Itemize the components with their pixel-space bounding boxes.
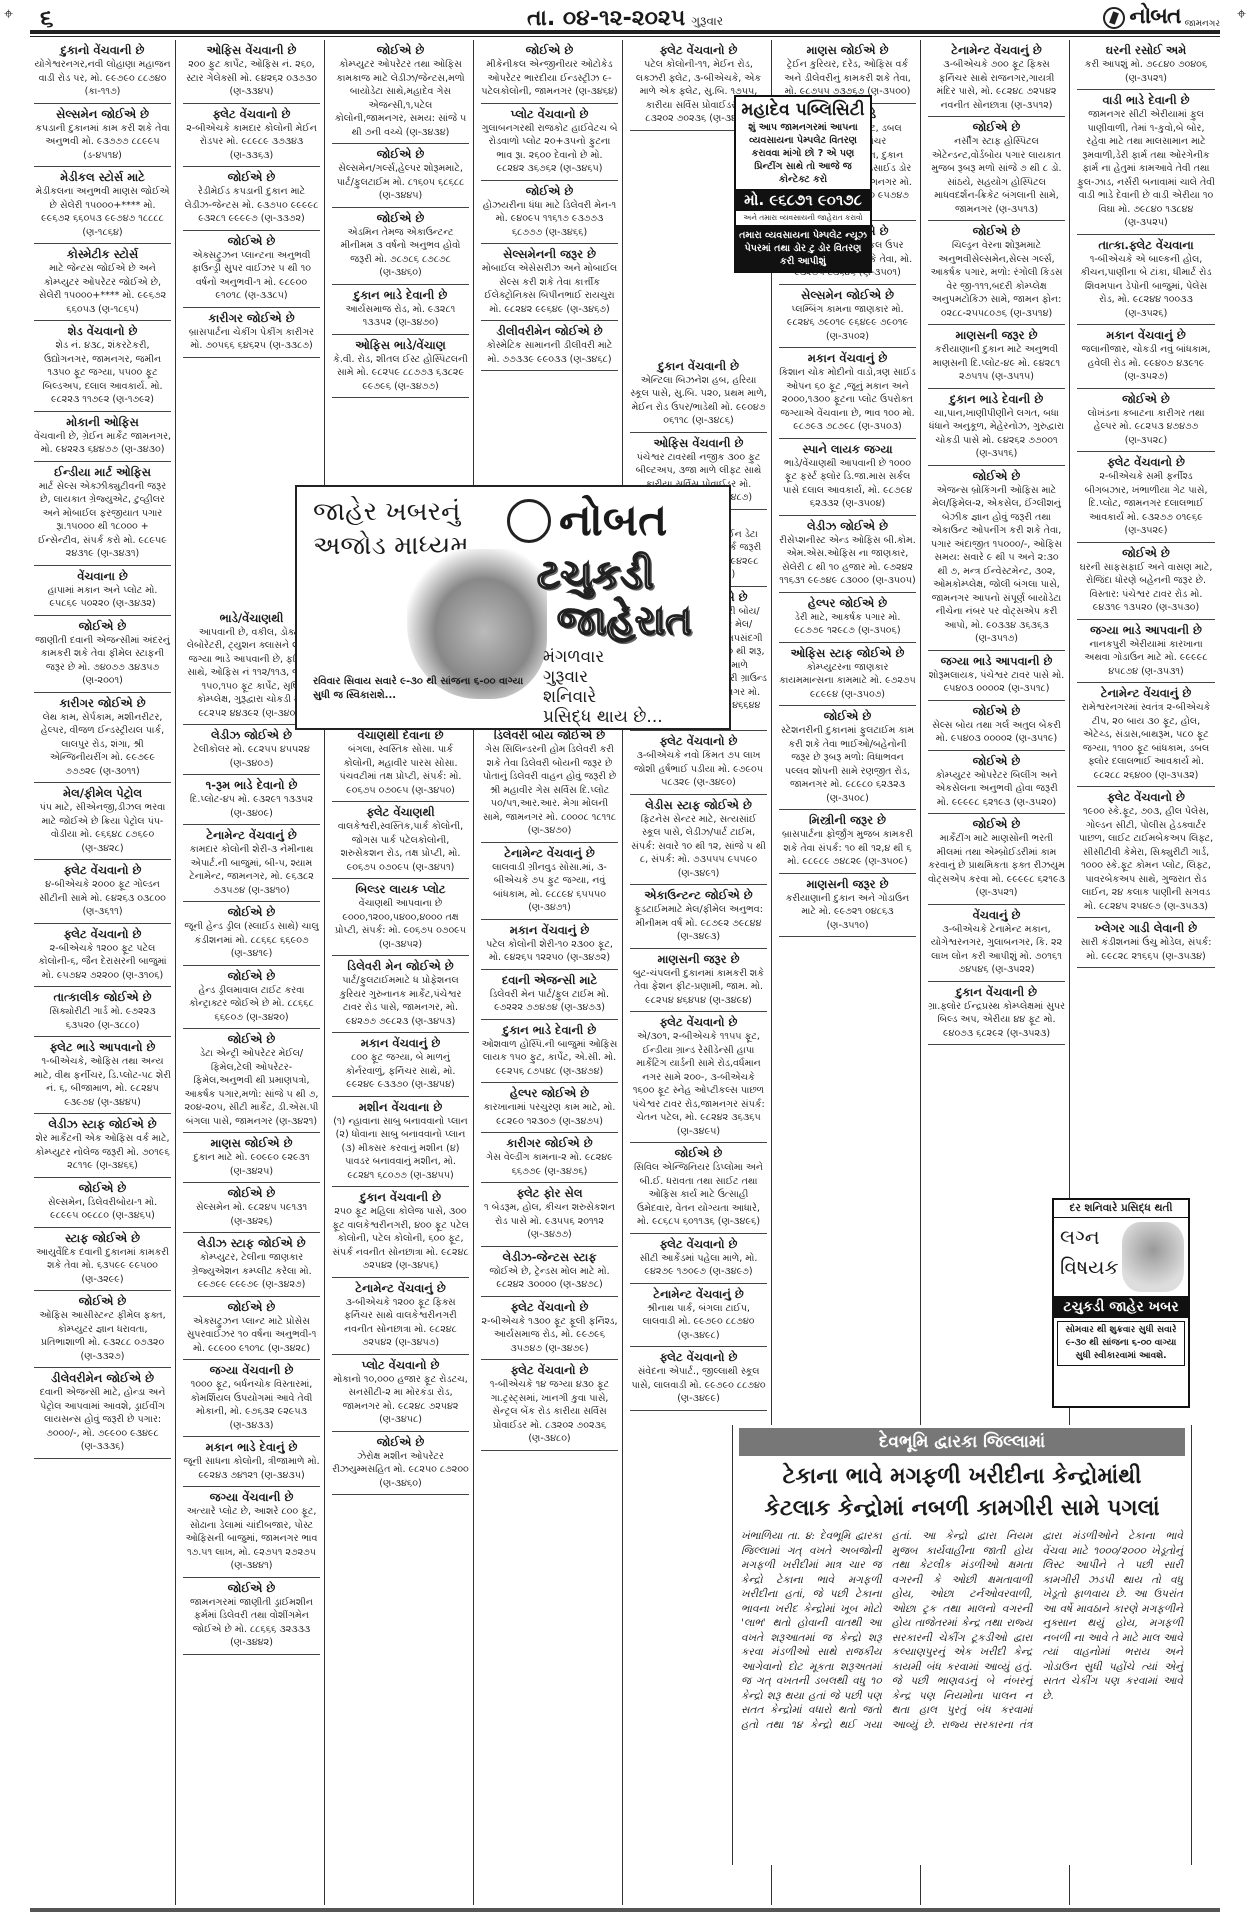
classified-column: ઓફિસ વેંચવાની છે૨૦૦ ફુટ કાર્પેટ, ઓફિસ નં… (179, 40, 325, 1905)
ad-heading: પ્લોટ વેંચવાનો છે (332, 1358, 469, 1373)
ad-body: ૧-બીએચકે ૧૪ જગ્યા ૪૩૦ ફૂટ ગા.ટ્રસ્ટ્સમાં… (481, 1378, 618, 1446)
ad-body: માર્ટ સેલ્સ એક્ઝીક્યુટીવની જરૂર છે, લાયક… (34, 480, 171, 561)
ad-body: પ્લમ્બિંગ કામના જાણકાર મો. ૯૮૨૪૬ ૭૯૦૧૯ ૯… (779, 303, 916, 344)
classified-ad: જોઈએ છેએડમિન તેમજ એકાઉન્ટન્ટ મીનીમમ ૩ વર… (332, 208, 469, 285)
ad-heading: કારીગર જોઈએ છે (481, 1136, 618, 1151)
ad-body: પાર્ટ/ફુલટાઈમમાટે ધ પ્રોફેશનલ કુરિયર ગુર… (332, 974, 469, 1028)
ad-heading: ખ્લેગર ગાડી લેવાની છે (1077, 921, 1215, 936)
banner-publish-days: મંગળવાર ગુરૂવાર શનિવારે પ્રસિદ્ધ થાય છે.… (543, 647, 663, 727)
ad-heading: ફ્લેટ ફોર સેલ (481, 1186, 618, 1201)
ad-heading: ફ્લેટ વેંચવાનો છે (1077, 455, 1215, 470)
classified-ad: કારીગર જોઈએ છેલેથ કામ, સેર્પકામ, મશીનરીટ… (34, 693, 171, 784)
classified-ad: જોઈએ છેહેન્ડ ડ્રીલમાવાલ ટાઈટ કરવા કોન્ટ્… (183, 966, 320, 1030)
logo-name: નોબત (1129, 4, 1180, 29)
classified-ad: જોઈએ છેકોમ્પ્યુટર ઓપરેટર તથા ઓફિસ કામકાજ… (332, 40, 469, 144)
ad-body: ૧૦૦૦ ફૂટ, બર્ધનચોક વિસ્તારમાં, કોમર્શિયલ… (183, 1378, 320, 1432)
ad-heading: લેડીઝ સ્ટાફ જોઈએ છે (183, 1236, 320, 1251)
ad-body: ગુલાબનગરથી રાજકોટ હાઈવેટચ બે રોડવાળો પ્લ… (481, 122, 618, 176)
tachukdi-jaherat-banner-ad: જાહેર ખબરનું અજોડ માધ્યમ નોબત ટચુકડી જાહ… (295, 485, 731, 730)
classified-ad: દુકાન વેંચવાની છેએન્ટિલા બિઝનેશ હબ, હરિય… (630, 356, 767, 433)
ad-heading: મશીન વેંચવાના છે (332, 1100, 469, 1115)
footer-rule (30, 1908, 1220, 1912)
ad-heading: વેંચવાનું છે (928, 908, 1065, 923)
headline-line1: ટેકાના ભાવે મગફળી ખરીદીના કેન્દ્રોમાંથી (737, 1461, 1187, 1493)
ad-body: ૨-બીએચકે ૧૩૦૦ ફૂટ ફૂલી ફર્નિશ્ડ, આર્યસમા… (481, 1315, 618, 1356)
ad-heading: ટેનામેન્ટ વેંચવાનું છે (481, 846, 618, 861)
ad-body: બ્રાસપાર્ટના ફોર્જીંગ મુજબ કામકરી શકે તે… (779, 828, 916, 869)
classified-ad: બિલ્ડર લાયક પ્લોટવેંચાણથી આપવાના છે ૯૦૦૦… (332, 879, 469, 956)
lagna-word: લગ્ન વિષયક (1060, 1222, 1119, 1282)
mahadev-title: મહાદેવ પબ્લિસિટી (736, 97, 870, 121)
ad-body: કારખાનામાં પરચુરણ કામ માટે, મો. ૯૮૨૯૦ ૧૨… (481, 1101, 618, 1128)
ad-heading: તાત્કાલીક જોઈએ છે (34, 990, 171, 1005)
classified-ad: જોઈએ છેસ્ટેશનરીની દુકાનમાં ફુલટાઈમ કામ ક… (779, 706, 916, 810)
ad-body: ૨૫૦ ફૂટ મહિલા કોલેજ પાસે, ૩૦૦ ફૂટ વાલકેશ… (332, 1205, 469, 1273)
ad-heading: જોઈએ છે (183, 1032, 320, 1047)
ad-heading: જોઈએ છે (928, 469, 1065, 484)
ad-body: જલાનીજાર, ચોકડી નવું બાંધકામ, હવેલી રોડ … (1077, 343, 1215, 384)
ad-heading: વેંચવાના છે (34, 569, 171, 584)
classified-ad: જોઈએ છેચિલ્ડ્રન વેરના શોરૂમમાટે અનુભવીસે… (928, 221, 1065, 325)
ad-body: જૂની હેન્ડ ડ્રીલ (સ્લાઈડ સાથે) ચાલુ કંડી… (183, 920, 320, 961)
classified-ad: માણસની જરૂર છેબુટ-ચંપલની દુકાનમાં કામકરી… (630, 949, 767, 1013)
ad-heading: દુકાન ભાડે દેવાની છે (928, 392, 1065, 407)
classified-column: જોઈએ છેમીકેનીકલ એન્જીનીયર ઓટોકેડ ઓપરેટર … (477, 40, 623, 1905)
ad-body: રેડીમેઈડ કપડાની દુકાન માટે લેડીઝ-જેન્ટસ … (183, 185, 320, 226)
ad-body: ડેરી માટે, આકર્ષક પગાર મો. ૯૮૭૭૯ ૧૨૯૮૭ (… (779, 611, 916, 638)
ad-body: એક્સટ્રુઝન પ્લાન્ટના અનુભવી ફાઉન્ડ્રી સુ… (183, 249, 320, 303)
ad-heading: ફ્લેટ વેંચવાનો છે (630, 1350, 767, 1365)
ad-heading: લેડીઝ જોઈએ છે (779, 519, 916, 534)
ad-body: ગ્રા.ફ્લોર ઈન્દ્રપ્રસ્થ કોમ્પ્લેક્ષમાં સ… (928, 1000, 1065, 1041)
ad-body: એ/૩૦૧, ૨-બીએચકે ૧૧૫૫ ફૂટ, ઈન્ડીયા ગ્રાન્… (630, 1030, 767, 1138)
ad-heading: દુકાન વેંચવાની છે (332, 1190, 469, 1205)
ad-body: પટેલ કોલોની શેરી-૧૦ ૨૩૦૦ ફૂટ, મો. ૯૪૨૬૫ … (481, 938, 618, 965)
ad-body: એજન્સ બ્રોકિંગની ઓફિસ માટે મેલ/ફિમેલ-૨, … (928, 484, 1065, 646)
ad-body: શેડ નં. ૪૩૮, શંકરટેકરી, ઉદ્યોગનગર, જામનગ… (34, 339, 171, 407)
classified-ad: મેડીકલ સ્ટોર્સ માટેમેડીકલના અનુભવી માણસ … (34, 167, 171, 244)
ad-heading: ફ્લેટ વેંચવાનો છે (34, 927, 171, 942)
classified-ad: જોઈએ છેસેલ્સ બોય તથા ગર્લ અતુલ બેકરી મો.… (928, 701, 1065, 751)
ad-body: કરીયાણાની દુકાન અને ગોડાઉન માટે મો. ૯૯૭૨… (779, 892, 916, 933)
classified-ad: મોકાની ઓફિસવેંચવાની છે, ગ્રેઈન માર્કેટ જ… (34, 412, 171, 462)
ad-heading: સેલ્સમેનની જરૂર છે (481, 247, 618, 262)
ad-heading: જોઈએ છે (34, 619, 171, 634)
ad-body: ચિલ્ડ્રન વેરના શોરૂમમાટે અનુભવીસેલ્સમેન,… (928, 239, 1065, 320)
ad-body: સંવેદના એપાર્ટ., જીલ્લાથી સ્કૂલ પાસે, લા… (630, 1365, 767, 1406)
classified-ad: જોઈએ છેનર્સીંગ સ્ટાફ હોસ્પિટલ એટેન્ડન્ટ,… (928, 117, 1065, 221)
ad-body: મીકેનીકલ એન્જીનીયર ઓટોકેડ ઓપરેટર ભારદીયા… (481, 58, 618, 99)
ad-body: માટે જેન્ટસ જોઈએ છે અને કોમ્પ્યુટર ઓપરેટ… (34, 262, 171, 316)
ad-heading: હેલ્પર જોઈએ છે (779, 596, 916, 611)
classified-ad: જગ્યા વેંચવાની છે૧૦૦૦ ફૂટ, બર્ધનચોક વિસ્… (183, 1360, 320, 1437)
classified-ad: જોઈએ છેડેટા એન્ટ્રી ઓપરેટર મેઈલ/ફિમેલ,ટે… (183, 1029, 320, 1133)
classified-ad: ટેનામેન્ટ વેંચવાનું છેકામદાર કોલોની શેરી… (183, 825, 320, 902)
ad-body: સીટી આર્કેડમાં પહેલા માળે, મો. ૯૪૨૭૯ ૧૭૦… (630, 1252, 767, 1279)
classified-ad: મકાન વેંચવાનું છેજલાનીજાર, ચોકડી નવું બા… (1077, 325, 1215, 389)
classified-ad: ડીલેવરીમેન જોઈએ છેદવાની એજન્સી માટે, હોન… (34, 1368, 171, 1459)
classified-ad: ઓફિસ વેંચવાની છે૨૦૦ ફુટ કાર્પેટ, ઓફિસ નં… (183, 40, 320, 104)
classified-ad: લેડીઝ-જેન્ટસ સ્ટાફજોઈએ છે, ટ્રેન્ડસ મોલ … (481, 1247, 618, 1297)
banner-brand: નોબત (507, 495, 667, 546)
classified-column: જોઈએ છેકોમ્પ્યુટર ઓપરેટર તથા ઓફિસ કામકાજ… (328, 40, 474, 1905)
classified-ad: દુકાન ભાડે દેવાની છેચા,પાન,ખાણીપીણીને લગ… (928, 389, 1065, 466)
classified-ad: લેડીઝ સ્ટાફ જોઈએ છેશેર માર્કેટની એક ઓફિસ… (34, 1114, 171, 1178)
ad-body: કામદાર કોલોની શેરી-૩ નેમીનાથ એપાર્ટ.ની બ… (183, 843, 320, 897)
ad-body: આર્યસમાજ રોડ, મો. ૯૩૨૮૧ ૧૩૩૫૨ (ણ-૩૪૭૦) (332, 303, 469, 330)
ad-heading: જોઈએ છે (34, 1181, 171, 1196)
ad-body: શ્રીનાથ પાર્ક, બંગલા ટાઈપ, લાલવાડી મો. ૯… (630, 1302, 767, 1343)
classified-ad: હેલ્પર જોઈએ છેકારખાનામાં પરચુરણ કામ માટે… (481, 1083, 618, 1133)
classified-ad: ફ્લેટ વેંચવાનો છે૩-બીએચકે નવો કિંમત ૭૫ લ… (630, 731, 767, 795)
ad-body: મેડીકલના અનુભવી માણસ જોઈએ છે સેલેરી ૧૫૦૦… (34, 185, 171, 239)
ad-body: જૂની સાધના કોલોની, ત્રીજામાળે મો. ૯૯૨૪૩ … (183, 1455, 320, 1482)
dateline: તા. ૦૪-૧૨-૨૦૨૫ગુરૂવાર (30, 6, 1220, 31)
classified-ad: ટેનામેન્ટ વેંચવાનું છેશ્રીનાથ પાર્ક, બંગ… (630, 1284, 767, 1348)
classified-ad: જોઈએ છેઝેરોક્ષ મશીન ઓપરેટર રીઝયુમ્મસહિત … (332, 1432, 469, 1496)
ad-body: કોમ્પ્યુટરના જાણકાર કાયમમાન્સના કામમાટે … (779, 661, 916, 702)
ad-heading: ફ્લેટ વેંચવાનો છે (481, 1300, 618, 1315)
ad-heading: હેલ્પર જોઈએ છે (481, 1086, 618, 1101)
ad-body: ૩-બીએચકે નવો કિંમત ૭૫ લાખ જોશી હર્ષભાઈ પ… (630, 749, 767, 790)
ad-body: ૨૦૦ ફુટ કાર્પેટ, ઓફિસ નં. ૨૬૦, સ્ટાર ગેલ… (183, 58, 320, 99)
ad-heading: જોઈએ છે (183, 1186, 320, 1201)
ad-heading: એકાઉન્ટન્ટ જોઈએ છે (630, 888, 767, 903)
ad-heading: વેંચાણથી દેવાના છે (332, 728, 469, 743)
classified-ad: કોસ્મેટીક સ્ટોર્સમાટે જેન્ટસ જોઈએ છે અને… (34, 244, 171, 321)
lagna-band: ટચુકડી જાહેર ખબર (1054, 1296, 1188, 1318)
ad-heading: ઈન્ડીયા માર્ટ ઓફિસ (34, 465, 171, 480)
ad-heading: કારીગર જોઈએ છે (34, 696, 171, 711)
ad-heading: ડિલેવરી બોય જોઈએ છે (481, 728, 618, 743)
ad-body: શોરૂમલાયક, પંચેશ્વર ટાવર પાસે મો. ૯૫૪૦૩ … (928, 669, 1065, 696)
drummer-logo-icon (1103, 7, 1125, 29)
ad-body: અત્યારે પ્લોટ છે, આશરે ૮૦૦ ફૂટ, સોઢાના ડ… (183, 1505, 320, 1573)
classified-ad: જોઈએ છેએક્સટ્રુઝન પ્લાન્ટ માટે પ્રોસેસ સ… (183, 1297, 320, 1361)
ad-body: ૨-બીએચકે કામદાર કોલોની મેઈન રોડપર મો. ૯૮… (183, 122, 320, 163)
ad-heading: ફ્લેટ વેંચવાનો છે (34, 863, 171, 878)
ad-heading: મેડીકલ સ્ટોર્સ માટે (34, 170, 171, 185)
issue-day: ગુરૂવાર (691, 14, 723, 28)
banner-title: ટચુકડી જાહેરાત (537, 552, 692, 644)
ad-body: રામેશ્વરનગરમાં સ્વતંત્ર ૨-બીએચકે ટીપ, ૨૦… (1077, 701, 1215, 782)
ad-heading: લેડીઝ-જેન્ટસ સ્ટાફ (481, 1250, 618, 1265)
mahadev-note: અને તમારા વ્યવસાયની જાહેરાત કરાવો (736, 211, 870, 226)
classified-ad: ડિલેવરી બોય જોઈએ છેગેસ સિલિન્ડરની હોમ ડિ… (481, 725, 618, 843)
ad-heading: મોકાની ઓફિસ (34, 415, 171, 430)
ad-heading: ટેનામેન્ટ વેંચવાનું છે (630, 1287, 767, 1302)
ad-heading: જોઈએ છે (183, 170, 320, 185)
ad-body: પંપ માટે, સીએનજી,ડીઝલ ભરવા માટે જોઈએ છે … (34, 801, 171, 855)
ad-heading: દુકાનો વેંચવાની છે (34, 43, 171, 58)
page-header: ૬ તા. ૦૪-૧૨-૨૦૨૫ગુરૂવાર નોબત જામનગર (30, 4, 1220, 32)
ad-body: ડિલેવરી મેન પાર્ટ/ફુલ ટાઈમ મો. ૯૭૨૨૨ ૭૭૪… (481, 988, 618, 1015)
classified-ad: ઓફિસ ભાડે/વેંચાણકે.વી. રોડ, શીતલ ઈસ્ટ હો… (332, 335, 469, 399)
ad-body: લેથ કામ, સેર્પકામ, મશીનરીટર, હેલ્પર, વીજ… (34, 711, 171, 779)
lagna-vishayak-ad: દર શનિવારે પ્રસિદ્ધ થતી લગ્ન વિષયક ટચુકડ… (1052, 1198, 1190, 1408)
lagna-hours: સોમવાર થી શુક્રવાર સુધી સવારે ૯-૩૦ થી સા… (1057, 1321, 1185, 1366)
ad-body: સારી કંડીશનમાં ઉંચુ મોડેલ, સંપર્ક: મો. ૯… (1077, 936, 1215, 963)
classified-ad: દુકાન ભાડે દેવાની છેઓશવાળ હોસ્પિ.ની બાજુ… (481, 1020, 618, 1084)
ad-heading: બિલ્ડર લાયક પ્લોટ (332, 882, 469, 897)
classified-ad: માણસ જોઈએ છેદુકાન માટે મો. ૯૦૯૯૦ ૯૨૯૩૧ (… (183, 1133, 320, 1183)
classified-ad: જોઈએ છેલોખંડના કબાટના કારીગર તથા હેલ્પર … (1077, 389, 1215, 453)
ad-heading: જોઈએ છે (928, 754, 1065, 769)
classified-ad: જગ્યા ભાડે આપવાની છેનાનકપુરી એરીયામાં કા… (1077, 620, 1215, 684)
classified-ad: ટેનામેન્ટ વેંચવાનું છે૩-બીએચકે ૧૨૦૦ ફૂટ … (332, 1278, 469, 1355)
ad-heading: જોઈએ છે (183, 234, 320, 249)
ad-body: ફિટનેસ સેન્ટર માટે, સત્યસાંઈ સ્કૂલ પાસે,… (630, 813, 767, 881)
ad-body: માર્કેટીંગ માટે માણસોની ભરતી મીલમાં તથા … (928, 832, 1065, 900)
classified-ad: દુકાનો વેંચવાની છેયોગેશ્વરનગર,નવી લોહાણા… (34, 40, 171, 104)
ad-heading: ડિલેવરી મેન જોઈએ છે (332, 959, 469, 974)
classified-ad: વાડી ભાડે દેવાની છેજામનગર સીટી એરીયામાં … (1077, 90, 1215, 235)
drummer-logo-icon (507, 499, 551, 543)
ad-body: ડેટા એન્ટ્રી ઓપરેટર મેઈલ/ફિમેલ,ટેલી ઓપરે… (183, 1047, 320, 1128)
day-thursday: ગુરૂવાર (543, 667, 663, 687)
classified-ad: વેંચવાના છેહાપામાં મકાન અને પ્લોટ મો. ૯૫… (34, 566, 171, 616)
ad-heading: જોઈએ છે (481, 184, 618, 199)
ad-heading: જોઈએ છે (1077, 546, 1215, 561)
ad-body: ઓફિસ આસીસ્ટન્ટ ફીમેલ ફક્ત, કોમ્પ્યુટર જ્… (34, 1309, 171, 1363)
ad-body: લોખંડના કબાટના કારીગર તથા હેલ્પર મો. ૯૮૨… (1077, 407, 1215, 448)
ad-heading: મકાન વેંચવાનું છે (1077, 328, 1215, 343)
ad-body: કિશાન ચોક મોદીનો વાડો,ત્રણ સાઈડ ઓપન ૬૦ ફ… (779, 366, 916, 434)
ad-body: બુટ-ચંપલની દુકાનમાં કામકરી શકે તેવા ફેશન… (630, 967, 767, 1008)
classified-ad: મેલ/ફીમેલ પેટ્રોલપંપ માટે, સીએનજી,ડીઝલ ભ… (34, 783, 171, 860)
ad-heading: ઓફિસ વેંચવાની છે (183, 43, 320, 58)
classified-ad: ફ્લેટ વેંચવાનો છેસીટી આર્કેડમાં પહેલા મા… (630, 1234, 767, 1284)
ad-heading: લેડીસ સ્ટાફ જોઈએ છે (630, 798, 767, 813)
classified-ad: દુકાન વેંચવાની છેગ્રા.ફ્લોર ઈન્દ્રપ્રસ્થ… (928, 982, 1065, 1046)
logo-city: જામનગર (1185, 19, 1220, 29)
classified-ad: ફ્લેટ વેંચવાનો છે૧-બીએચકે ૧૪ જગ્યા ૪૩૦ ફ… (481, 1360, 618, 1451)
ad-body: શેર માર્કેટની એક ઓફિસ વર્ક માટે, કોમ્પ્ય… (34, 1132, 171, 1173)
classified-ad: માણસની જરૂર છેકરીયાણાની દુકાન માટે અનુભવ… (928, 325, 1065, 389)
classified-ad: સેલ્સમેન જોઈએ છેપ્લમ્બિંગ કામના જાણકાર મ… (779, 285, 916, 349)
classified-ad: તાત્કાલીક જોઈએ છેસિક્યોરીટી ગાર્ડ મો. ૯૭… (34, 987, 171, 1037)
ad-body: મોબાઈલ એસેસરીઝ અને મોબાઈલ સેલ્સ કરી શકે … (481, 262, 618, 316)
ad-body: કોમ્પ્યુટર, ટેલીના જાણકાર ગ્રેજ્યુએશન કમ… (183, 1251, 320, 1292)
classified-ad: પ્લોટ વેંચવાનો છેમોકાનો ૧૦,૦૦૦ હજાર ફૂટ … (332, 1355, 469, 1432)
ad-body: જાણીતી દવાની એજન્સીમાં અંદરનું કામકરી શક… (34, 634, 171, 688)
classified-ad: લેડીઝ જોઈએ છેરીસેપ્શનીસ્ટ એન્ડ ઓફિસ બી.ક… (779, 516, 916, 593)
ad-heading: દુકાન ભાડે દેવાની છે (332, 288, 469, 303)
classified-ad: જગ્યા ભાડે આપવાની છેશોરૂમલાયક, પંચેશ્વર … (928, 651, 1065, 701)
ad-body: વેંચાણથી આપવાના છે ૯૦૦૦,૧૨૦૦,૫૪૦૦,૪૦૦૦ ત… (332, 897, 469, 951)
ad-heading: માણસની જરૂર છે (928, 328, 1065, 343)
ad-heading: ટેનામેન્ટ વેંચવાનું છે (332, 1281, 469, 1296)
classified-ad: જોઈએ છેએજન્સ બ્રોકિંગની ઓફિસ માટે મેલ/ફિ… (928, 466, 1065, 651)
classified-ad: જોઈએ છેસેલ્સમેન/ગર્લ્સ,હેલ્પર શોરૂમમાટે,… (332, 144, 469, 208)
ad-body: (૧) ન્હાવાના સાબુ બનાવવાનો પ્લાન (૨) ધોવ… (332, 1115, 469, 1183)
classified-ad: કારીગર જોઈએ છેબ્રાસપાર્ટના ચેકીંગ પેકીંગ… (183, 308, 320, 358)
classified-ad: મિસ્ત્રીની જરૂર છેબ્રાસપાર્ટના ફોર્જીંગ … (779, 810, 916, 874)
day-tuesday: મંગળવાર (543, 647, 663, 667)
banner-title-line1: ટચુકડી (537, 552, 692, 598)
ad-heading: ઘરની રસોઈ અમે (1077, 43, 1215, 58)
classified-ad: મશીન વેંચવાના છે(૧) ન્હાવાના સાબુ બનાવવા… (332, 1097, 469, 1188)
ad-body: ટેલીકોલર મો. ૯૮૨૫૫ ૪૫૫૨૪ (ણ-૩૪૦૭) (183, 743, 320, 770)
ad-heading: જોઈએ છે (779, 709, 916, 724)
ad-heading: જોઈએ છે (928, 817, 1065, 832)
ad-body: હેન્ડ ડ્રીલમાવાલ ટાઈટ કરવા કોન્ટ્રાક્ટર … (183, 984, 320, 1025)
classified-ad: ટેનામેન્ટ વેંચવાનું છેલાલવાડી ગ્રીનવુડ સ… (481, 843, 618, 920)
ad-body: ૩-બીએચકે ૭૦૦ ફૂટ ફિક્સ ફર્નિચર સાથે રાજન… (928, 58, 1065, 112)
ad-heading: વાડી ભાડે દેવાની છે (1077, 93, 1215, 108)
classified-ad: લેડીસ સ્ટાફ જોઈએ છેફિટનેસ સેન્ટર માટે, સ… (630, 795, 767, 886)
classified-ad: દુકાન ભાડે દેવાની છેઆર્યસમાજ રોડ, મો. ૯૩… (332, 285, 469, 335)
classified-ad: ટેનામેન્ટ વેંચવાનું છેરામેશ્વરનગરમાં સ્વ… (1077, 683, 1215, 787)
classified-ad: લેડીઝ જોઈએ છેટેલીકોલર મો. ૯૮૨૫૫ ૪૫૫૨૪ (ણ… (183, 725, 320, 775)
ad-heading: મેલ/ફીમેલ પેટ્રોલ (34, 786, 171, 801)
ad-heading: સ્ટાફ જોઈએ છે (34, 1231, 171, 1246)
ad-body: યોગેશ્વરનગર,નવી લોહાણા મહાજન વાડી રોડ પર… (34, 58, 171, 99)
registration-mark-icon: ⌖ (1237, 4, 1246, 24)
ad-body: સેલ્સમેન મો. ૯૮૨૪૫ ૫૯૧૩૧ (ણ-૩૪૨૬) (183, 1201, 320, 1228)
classified-ad: જોઈએ છેકોમ્પ્યુટર ઓપરેટર બિલીંગ અને એકસે… (928, 751, 1065, 815)
classified-ad: જોઈએ છેએક્સટ્રુઝન પ્લાન્ટના અનુભવી ફાઉન્… (183, 231, 320, 308)
ad-heading: જોઈએ છે (332, 147, 469, 162)
ad-body: કોમ્પ્યુટર ઓપરેટર બિલીંગ અને એકસેલના અનુ… (928, 769, 1065, 810)
ad-body: નાનકપુરી એરીયામાં કારખાના અથવા ગોડાઉન મા… (1077, 638, 1215, 679)
mahadev-body: શું આપ જામનગરમાં આપના વ્યવસાયના પેમ્પલેટ… (736, 121, 870, 189)
mahadev-publicity-ad: મહાદેવ પબ્લિસિટી શું આપ જામનગરમાં આપના વ… (734, 95, 872, 273)
ad-body: સ્ટેશનરીની દુકાનમાં ફુલટાઈમ કામ કરી શકે … (779, 724, 916, 805)
ad-heading: જોઈએ છે (630, 1146, 767, 1161)
ad-body: ટ્રેઈન કુરિયર, દરેડ, ઓફિસ વર્ક અને ડીલેવ… (779, 58, 916, 99)
ad-body: ૧૯૦૦ સ્કે.ફૂટ, ૭૦૩, હીલ પેલેસ, ગોલ્ડન સી… (1077, 805, 1215, 913)
ad-heading: જોઈએ છે (183, 1581, 320, 1596)
classified-ad: મકાન ભાડે દેવાનું છેજૂની સાધના કોલોની, ત… (183, 1437, 320, 1487)
classified-ad: જોઈએ છેસિવિલ એન્જિનિયર ડિપ્લોમા અને બી.ઈ… (630, 1143, 767, 1234)
ad-body: ઓશવાળ હોસ્પિ.ની બાજુમાં ઓફિસ લાયક ૧૫૦ ફુ… (481, 1038, 618, 1079)
ad-heading: પ્લોટ વેંચવાનો છે (481, 107, 618, 122)
ad-body: આયુર્વેદિક દવાની દુકાનમાં કામકરી શકે તેવ… (34, 1246, 171, 1287)
ad-heading: દવાની એજન્સી માટે (481, 973, 618, 988)
classified-ad: શેડ વેંચવાનો છેશેડ નં. ૪૩૮, શંકરટેકરી, ઉ… (34, 321, 171, 412)
ad-heading: ઓફિસ વેંચવાની છે (630, 436, 767, 451)
ad-heading: ઓફિસ ભાડે/વેંચાણ (332, 338, 469, 353)
ad-heading: સ્પાને લાયક જગ્યા (779, 442, 916, 457)
ad-heading: જગ્યા ભાડે આપવાની છે (1077, 623, 1215, 638)
ad-heading: ટેનામેન્ટ વેંચવાનું છે (928, 43, 1065, 58)
ad-heading: સેલ્સમેન જોઈએ છે (34, 107, 171, 122)
ad-heading: દુકાન વેંચવાની છે (630, 359, 767, 374)
masthead-logo: નોબત જામનગર (1103, 4, 1220, 29)
classified-ad: વેંચાણથી દેવાના છેબંગલા, સ્વસ્તિક સોસા. … (332, 725, 469, 802)
classified-ad: જોઈએ છેસેલ્સમેન, ડિલેવરીબોય-૧ મો. ૯૮૯૯૫ … (34, 1178, 171, 1228)
classified-ad: સ્ટાફ જોઈએ છેઆયુર્વેદિક દવાની દુકાનમાં ક… (34, 1228, 171, 1292)
ad-heading: ૧-રૂમ ભાડે દેવાનો છે (183, 778, 320, 793)
classified-ad: ફ્લેટ વેંચવાનો છે૨-બીએચકે ૧૩૦૦ ફૂટ ફૂલી … (481, 1297, 618, 1361)
news-kicker: દેવભૂમિ દ્વારકા જિલ્લામાં (739, 1428, 1185, 1456)
classified-ad: જગ્યા વેંચવાની છેઅત્યારે પ્લોટ છે, આશરે … (183, 1487, 320, 1578)
classified-ad: ઈન્ડીયા માર્ટ ઓફિસમાર્ટ સેલ્સ એક્ઝીક્યુટ… (34, 462, 171, 566)
ad-body: જોઈએ છે, ટ્રેન્ડસ મોલ માટે મો. ૯૮૨૪૨ ૩૦૦… (481, 1265, 618, 1292)
banner-title-line2: જાહેરાત (557, 598, 692, 644)
ad-heading: ટેનામેન્ટ વેંચવાનું છે (1077, 686, 1215, 701)
ad-heading: ડીલીવરીમેન જોઈએ છે (481, 324, 618, 339)
news-article: દેવભૂમિ દ્વારકા જિલ્લામાં ટેકાના ભાવે મગ… (732, 1425, 1192, 1865)
ad-heading: જગ્યા ભાડે આપવાની છે (928, 654, 1065, 669)
classified-ad: સેલ્સમેન જોઈએ છેકપડાની દુકાનમાં કામ કરી … (34, 104, 171, 168)
classified-ad: મકાન વેંચવાનું છેકિશાન ચોક મોદીનો વાડો,ત… (779, 348, 916, 439)
header-rule-thin (30, 36, 1220, 37)
classified-ad: જોઈએ છેરેડીમેઈડ કપડાની દુકાન માટે લેડીઝ-… (183, 167, 320, 231)
ad-body: દવાની એજન્સી માટે, હોન્ડા અને પેટ્રોલ આપ… (34, 1386, 171, 1454)
ad-heading: તાત્કા.ફ્લેટ વેંચવાના (1077, 238, 1215, 253)
ad-heading: જોઈએ છે (1077, 392, 1215, 407)
classified-ad: જોઈએ છેજૂની હેન્ડ ડ્રીલ (સ્લાઈડ સાથે) ચા… (183, 902, 320, 966)
classified-ad: દુકાન વેંચવાની છે૨૫૦ ફૂટ મહિલા કોલેજ પાસ… (332, 1187, 469, 1278)
ad-body: રીસેપ્શનીસ્ટ એન્ડ ઓફિસ બી.કોમ. એમ.એસ.ઓફિ… (779, 534, 916, 588)
banner-brand-name: નોબત (559, 495, 667, 546)
ad-body: કે.વી. રોડ, શીતલ ઈસ્ટ હોસ્પિટલની સામે મો… (332, 353, 469, 394)
ad-heading: જોઈએ છે (183, 1300, 320, 1315)
wedding-couple-image (1122, 1222, 1184, 1292)
ad-body: જામનગર સીટી એરીયામાં ફુલ પાણીવાળી, તેમાં… (1077, 108, 1215, 230)
ad-body: બ્રાસપાર્ટના ચેકીંગ પેકીંગ કારીગર મો. ૭૦… (183, 326, 320, 353)
ad-body: એન્ટિલા બિઝનેશ હબ, હરિયા સ્કૂલ પાસે, સુ.… (630, 374, 767, 428)
ad-body: એડમિન તેમજ એકાઉન્ટન્ટ મીનીમમ ૩ વર્ષનો અન… (332, 226, 469, 280)
banner-hours: રવિવાર સિવાય સવારે ૯-૩૦ થી સાંજના ૬-૦૦ વ… (313, 675, 538, 703)
classified-ad: ઘરની રસોઈ અમેકરી આપશું મો. ૭૯૮૪૦ ૭૦૪૦૬ (… (1077, 40, 1215, 90)
ad-heading: લેડીઝ જોઈએ છે (183, 728, 320, 743)
ad-body: ૪-બીએચકે ૨૦૦૦ ફૂટ ગોલ્ડન સીટીની સામે મો.… (34, 878, 171, 919)
classified-ad: જોઈએ છેમાર્કેટીંગ માટે માણસોની ભરતી મીલમ… (928, 814, 1065, 905)
classified-ad: મકાન વેંચવાનું છે૮૦૦ ફૂટ જગ્યા, બે માળનુ… (332, 1033, 469, 1097)
ad-heading: જોઈએ છે (34, 1294, 171, 1309)
classified-ad: હેલ્પર જોઈએ છેડેરી માટે, આકર્ષક પગાર મો.… (779, 593, 916, 643)
ad-heading: જોઈએ છે (183, 905, 320, 920)
classified-ad: ખ્લેગર ગાડી લેવાની છેસારી કંડીશનમાં ઉંચુ… (1077, 918, 1215, 968)
lagna-word-2: વિષયક (1060, 1252, 1119, 1282)
classified-ad: જોઈએ છેજામનગરમાં જાણીતી ડ્રાઈમશીન ફર્મમા… (183, 1578, 320, 1655)
ad-body: સિક્યોરીટી ગાર્ડ મો. ૯૭૨૨૩ ૬૩૫૨૦ (ણ-૩૮૮૦… (34, 1005, 171, 1032)
ad-body: ઘરની સાફસફાઈ અને વાસણ માટે, રોજિંદા ધોરણ… (1077, 561, 1215, 615)
ad-body: કપડાની દુકાનમાં કામ કરી શકે તેવા અનુભવી … (34, 122, 171, 163)
classified-ad: ટેનામેન્ટ વેંચવાનું છે૩-બીએચકે ૭૦૦ ફૂટ ફ… (928, 40, 1065, 117)
mahadev-phone: મો. ૯૬૮૭૧ ૯૦૧૭૮ (736, 189, 870, 211)
classified-ad: કારીગર જોઈએ છેગેસ વેલ્ડીંગ કામના-૨ મો. ૯… (481, 1133, 618, 1183)
ad-heading: ફ્લેટ વેંચવાનો છે (630, 43, 767, 58)
classified-ad: વેંચવાનું છે૩-બીએચકે ટેનામેન્ટ મકાન, યોગ… (928, 905, 1065, 982)
classified-ad: ફ્લેટ ભાડે આપવાનો છે૧-બીએચકે, ઓફિસ તથા અ… (34, 1037, 171, 1114)
news-body: ખંભાળિયા તા. ૪: દેવભૂમિ દ્વારકા જિલ્લામા… (733, 1529, 1191, 1732)
classified-ad: તાત્કા.ફ્લેટ વેંચવાના૧-બીએચકે એ બાલ્કની … (1077, 235, 1215, 326)
ad-heading: ફ્લેટ વેંચવાનો છે (1077, 790, 1215, 805)
ad-heading: જોઈએ છે (183, 969, 320, 984)
news-headline: ટેકાના ભાવે મગફળી ખરીદીના કેન્દ્રોમાંથી … (733, 1459, 1191, 1529)
ad-heading: જોઈએ છે (928, 704, 1065, 719)
ad-body: કરી આપશું મો. ૭૯૮૪૦ ૭૦૪૦૬ (ણ-૩૫૨૧) (1077, 58, 1215, 85)
classified-ad: માણસ જોઈએ છેટ્રેઈન કુરિયર, દરેડ, ઓફિસ વર… (779, 40, 916, 104)
ad-heading: મકાન વેંચવાનું છે (779, 351, 916, 366)
classified-ad: જોઈએ છેજાણીતી દવાની એજન્સીમાં અંદરનું કા… (34, 616, 171, 693)
ad-heading: જોઈએ છે (928, 224, 1065, 239)
ad-heading: દુકાન વેંચવાની છે (928, 985, 1065, 1000)
ad-body: ચા,પાન,ખાણીપીણીને લગત, બધા ધંધાને અનુકૂળ… (928, 407, 1065, 461)
ad-heading: માણસની જરૂર છે (630, 952, 767, 967)
ad-heading: જોઈએ છે (928, 120, 1065, 135)
issue-date: તા. ૦૪-૧૨-૨૦૨૫ (527, 6, 685, 31)
classified-ad: માણસની જરૂર છેકરીયાણાની દુકાન અને ગોડાઉન… (779, 874, 916, 938)
ad-heading: જોઈએ છે (481, 43, 618, 58)
ad-heading: મિસ્ત્રીની જરૂર છે (779, 813, 916, 828)
ad-body: ભાડે/વેંચાણથી આપવાની છે ૧૦૦૦ ફૂટ ફર્સ્ટ … (779, 457, 916, 511)
ad-body: ગેસ સિલિન્ડરની હોમ ડિલેવરી કરી શકે તેવા … (481, 743, 618, 838)
